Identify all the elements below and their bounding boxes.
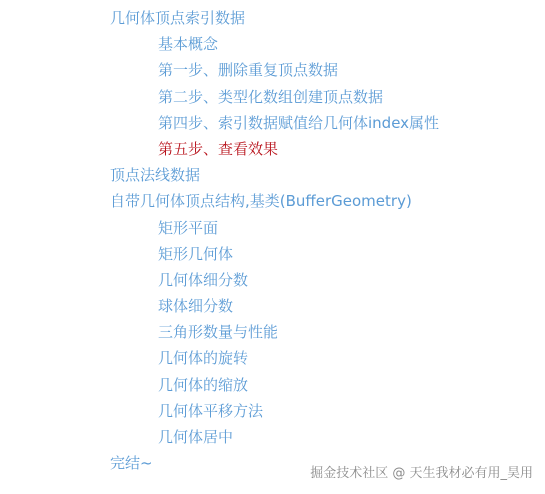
toc-item-basic-concepts[interactable]: 基本概念	[0, 33, 545, 59]
toc-item-segments[interactable]: 几何体细分数	[0, 269, 545, 295]
toc-item-triangle-performance[interactable]: 三角形数量与性能	[0, 321, 545, 347]
toc-item-scale[interactable]: 几何体的缩放	[0, 374, 545, 400]
watermark: 掘金技术社区 @ 天生我材必有用_昊用	[310, 462, 533, 481]
toc-item-center[interactable]: 几何体居中	[0, 426, 545, 452]
toc-item-plane[interactable]: 矩形平面	[0, 217, 545, 243]
toc-item-sphere-segments[interactable]: 球体细分数	[0, 295, 545, 321]
toc-item-vertex-normals[interactable]: 顶点法线数据	[0, 164, 545, 190]
toc-item-step-5-active[interactable]: 第五步、查看效果	[0, 138, 545, 164]
toc-item-buffer-geometry[interactable]: 自带几何体顶点结构,基类(BufferGeometry)	[0, 190, 545, 216]
toc-item-geometry-index-data[interactable]: 几何体顶点索引数据	[0, 7, 545, 33]
toc-item-step-1[interactable]: 第一步、删除重复顶点数据	[0, 59, 545, 85]
toc-item-box[interactable]: 矩形几何体	[0, 243, 545, 269]
toc-item-rotation[interactable]: 几何体的旋转	[0, 347, 545, 373]
toc-item-step-2[interactable]: 第二步、类型化数组创建顶点数据	[0, 86, 545, 112]
table-of-contents: 几何体顶点索引数据 基本概念 第一步、删除重复顶点数据 第二步、类型化数组创建顶…	[0, 7, 545, 478]
toc-item-translate[interactable]: 几何体平移方法	[0, 400, 545, 426]
toc-item-step-4[interactable]: 第四步、索引数据赋值给几何体index属性	[0, 112, 545, 138]
